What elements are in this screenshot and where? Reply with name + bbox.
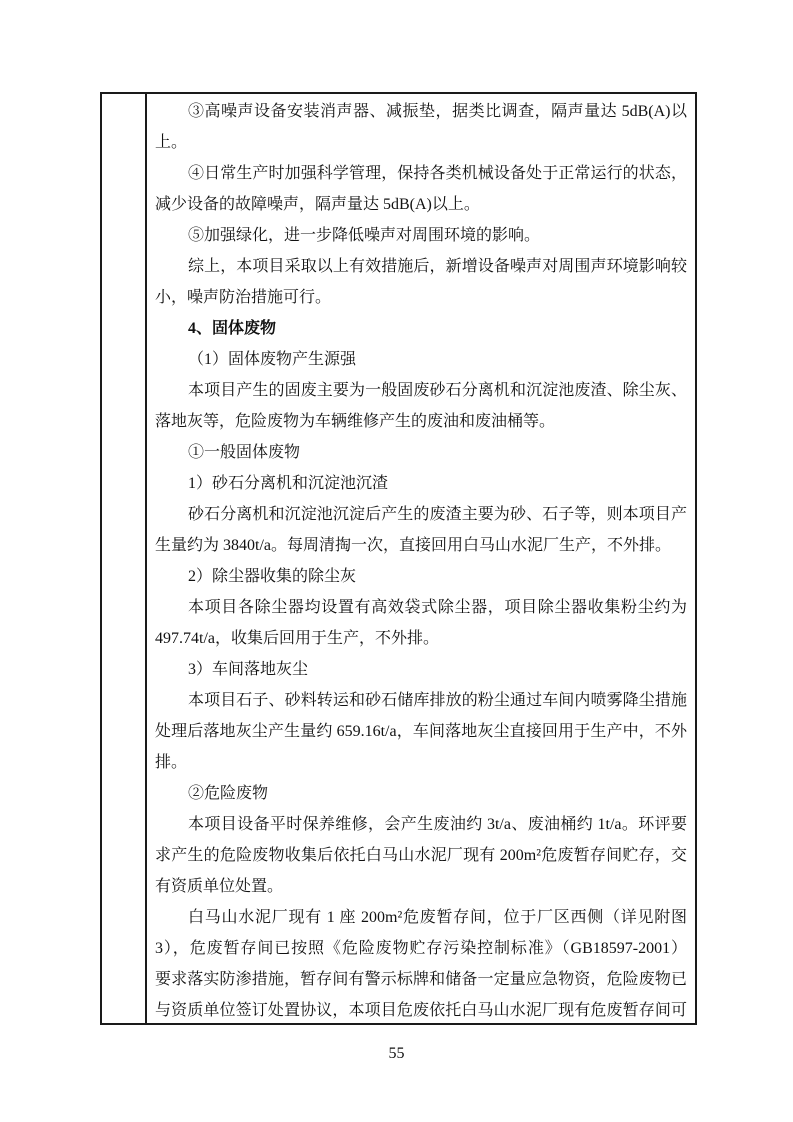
text-line: 1）砂石分离机和沉淀池沉渣 — [155, 468, 687, 499]
text-line: 排。 — [155, 747, 687, 778]
content-table: ③高噪声设备安装消声器、减振垫，据类比调查，隔声量达 5dB(A)以上。④日常生… — [100, 92, 697, 1025]
text-line: 3），危废暂存间已按照《危险废物贮存污染控制标准》（GB18597-2001） — [155, 933, 687, 964]
text-line: 处理后落地灰尘产生量约 659.16t/a，车间落地灰尘直接回用于生产中，不外 — [155, 716, 687, 747]
text-line: 要求落实防渗措施，暂存间有警示标牌和储备一定量应急物资，危险废物已 — [155, 964, 687, 995]
text-line: 有资质单位处置。 — [155, 871, 687, 902]
text-line: 2）除尘器收集的除尘灰 — [155, 561, 687, 592]
text-line: 4、固体废物 — [155, 313, 687, 344]
text-line: 本项目设备平时保养维修，会产生废油约 3t/a、废油桶约 1t/a。环评要 — [155, 809, 687, 840]
text-line: 减少设备的故障噪声，隔声量达 5dB(A)以上。 — [155, 189, 687, 220]
text-line: 上。 — [155, 127, 687, 158]
text-line: ③高噪声设备安装消声器、减振垫，据类比调查，隔声量达 5dB(A)以 — [155, 96, 687, 127]
text-line: 小，噪声防治措施可行。 — [155, 282, 687, 313]
text-line: 综上，本项目采取以上有效措施后，新增设备噪声对周围声环境影响较 — [155, 251, 687, 282]
text-line: ⑤加强绿化，进一步降低噪声对周围环境的影响。 — [155, 220, 687, 251]
content-cell: ③高噪声设备安装消声器、减振垫，据类比调查，隔声量达 5dB(A)以上。④日常生… — [147, 94, 695, 1023]
text-line: 本项目各除尘器均设置有高效袋式除尘器，项目除尘器收集粉尘约为 — [155, 592, 687, 623]
text-line: （1）固体废物产生源强 — [155, 344, 687, 375]
document-page: ③高噪声设备安装消声器、减振垫，据类比调查，隔声量达 5dB(A)以上。④日常生… — [0, 0, 793, 1122]
text-line: ④日常生产时加强科学管理，保持各类机械设备处于正常运行的状态， — [155, 158, 687, 189]
text-line: 本项目产生的固废主要为一般固废砂石分离机和沉淀池废渣、除尘灰、 — [155, 375, 687, 406]
text-line: 求产生的危险废物收集后依托白马山水泥厂现有 200m²危废暂存间贮存，交 — [155, 840, 687, 871]
table-left-cell — [102, 94, 147, 1023]
text-line: 本项目石子、砂料转运和砂石储库排放的粉尘通过车间内喷雾降尘措施 — [155, 685, 687, 716]
text-line: 生量约为 3840t/a。每周清掏一次，直接回用白马山水泥厂生产，不外排。 — [155, 530, 687, 561]
page-number: 55 — [0, 1044, 793, 1064]
text-line: 砂石分离机和沉淀池沉淀后产生的废渣主要为砂、石子等，则本项目产 — [155, 499, 687, 530]
text-line: ①一般固体废物 — [155, 437, 687, 468]
text-line: 落地灰等，危险废物为车辆维修产生的废油和废油桶等。 — [155, 406, 687, 437]
text-line: 497.74t/a，收集后回用于生产，不外排。 — [155, 623, 687, 654]
text-line: 3）车间落地灰尘 — [155, 654, 687, 685]
text-line: ②危险废物 — [155, 778, 687, 809]
text-line: 白马山水泥厂现有 1 座 200m²危废暂存间，位于厂区西侧（详见附图 — [155, 902, 687, 933]
text-line: 与资质单位签订处置协议，本项目危废依托白马山水泥厂现有危废暂存间可 — [155, 995, 687, 1023]
